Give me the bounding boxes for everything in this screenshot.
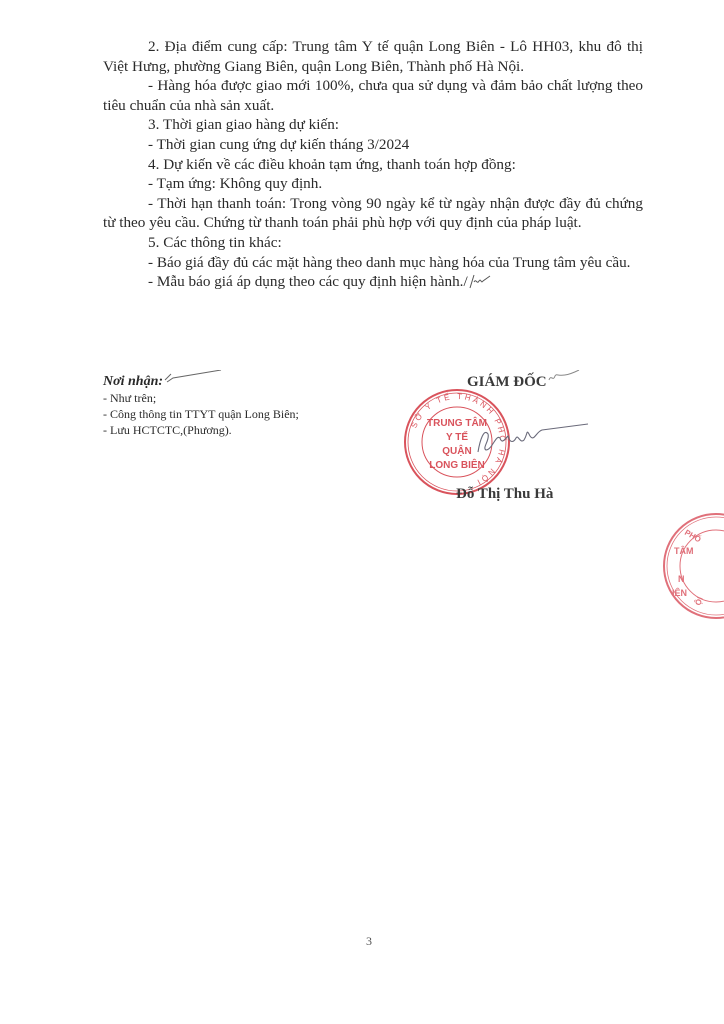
svg-text:IÊN: IÊN [672, 587, 687, 598]
svg-text:QUẬN: QUẬN [442, 444, 471, 457]
svg-text:Y TẾ: Y TẾ [446, 430, 468, 443]
director-name: Đỗ Thị Thu Hà [456, 486, 553, 503]
svg-text:ỘI: ỘI [693, 596, 704, 607]
heading-other-info: 5. Các thông tin khác: [103, 233, 643, 253]
paragraph-advance: - Tạm ứng: Không quy định. [103, 174, 643, 194]
recipients-title-text: Nơi nhận: [103, 374, 163, 389]
initial-mark-icon [163, 370, 223, 388]
paragraph-supply-time: - Thời gian cung ứng dự kiến tháng 3/202… [103, 135, 643, 155]
recipients-title: Nơi nhận: [103, 370, 299, 390]
director-signature [470, 420, 590, 460]
paragraph-goods-condition: - Hàng hóa được giao mới 100%, chưa qua … [103, 76, 643, 115]
page-number: 3 [366, 934, 372, 949]
svg-text:N: N [678, 574, 685, 584]
heading-delivery-time: 3. Thời gian giao hàng dự kiến: [103, 115, 643, 135]
svg-text:PHỐ: PHỐ [683, 527, 703, 544]
recipient-item: - Như trên; [103, 390, 299, 406]
document-body: 2. Địa điểm cung cấp: Trung tâm Y tế quậ… [103, 37, 643, 292]
initial-mark-icon [468, 273, 492, 289]
initial-mark-icon [547, 370, 581, 384]
recipients-block: Nơi nhận: - Như trên; - Công thông tin T… [103, 370, 299, 438]
paragraph-delivery-location: 2. Địa điểm cung cấp: Trung tâm Y tế quậ… [103, 37, 643, 76]
paragraph-full-quote: - Báo giá đầy đủ các mặt hàng theo danh … [103, 253, 643, 273]
recipient-item: - Công thông tin TTYT quận Long Biên; [103, 406, 299, 422]
recipient-item: - Lưu HCTCTC,(Phương). [103, 422, 299, 438]
document-page: 2. Địa điểm cung cấp: Trung tâm Y tế quậ… [0, 0, 724, 1024]
heading-payment-terms: 4. Dự kiến về các điều khoản tạm ứng, th… [103, 155, 643, 175]
quote-template-text: - Mẫu báo giá áp dụng theo các quy định … [148, 273, 468, 290]
svg-text:TÂM: TÂM [674, 545, 694, 556]
paragraph-quote-template: - Mẫu báo giá áp dụng theo các quy định … [103, 272, 643, 292]
paragraph-payment-deadline: - Thời hạn thanh toán: Trong vòng 90 ngà… [103, 194, 643, 233]
partial-stamp-edge: PHỐ TÂM N IÊN ỘI [640, 510, 724, 622]
